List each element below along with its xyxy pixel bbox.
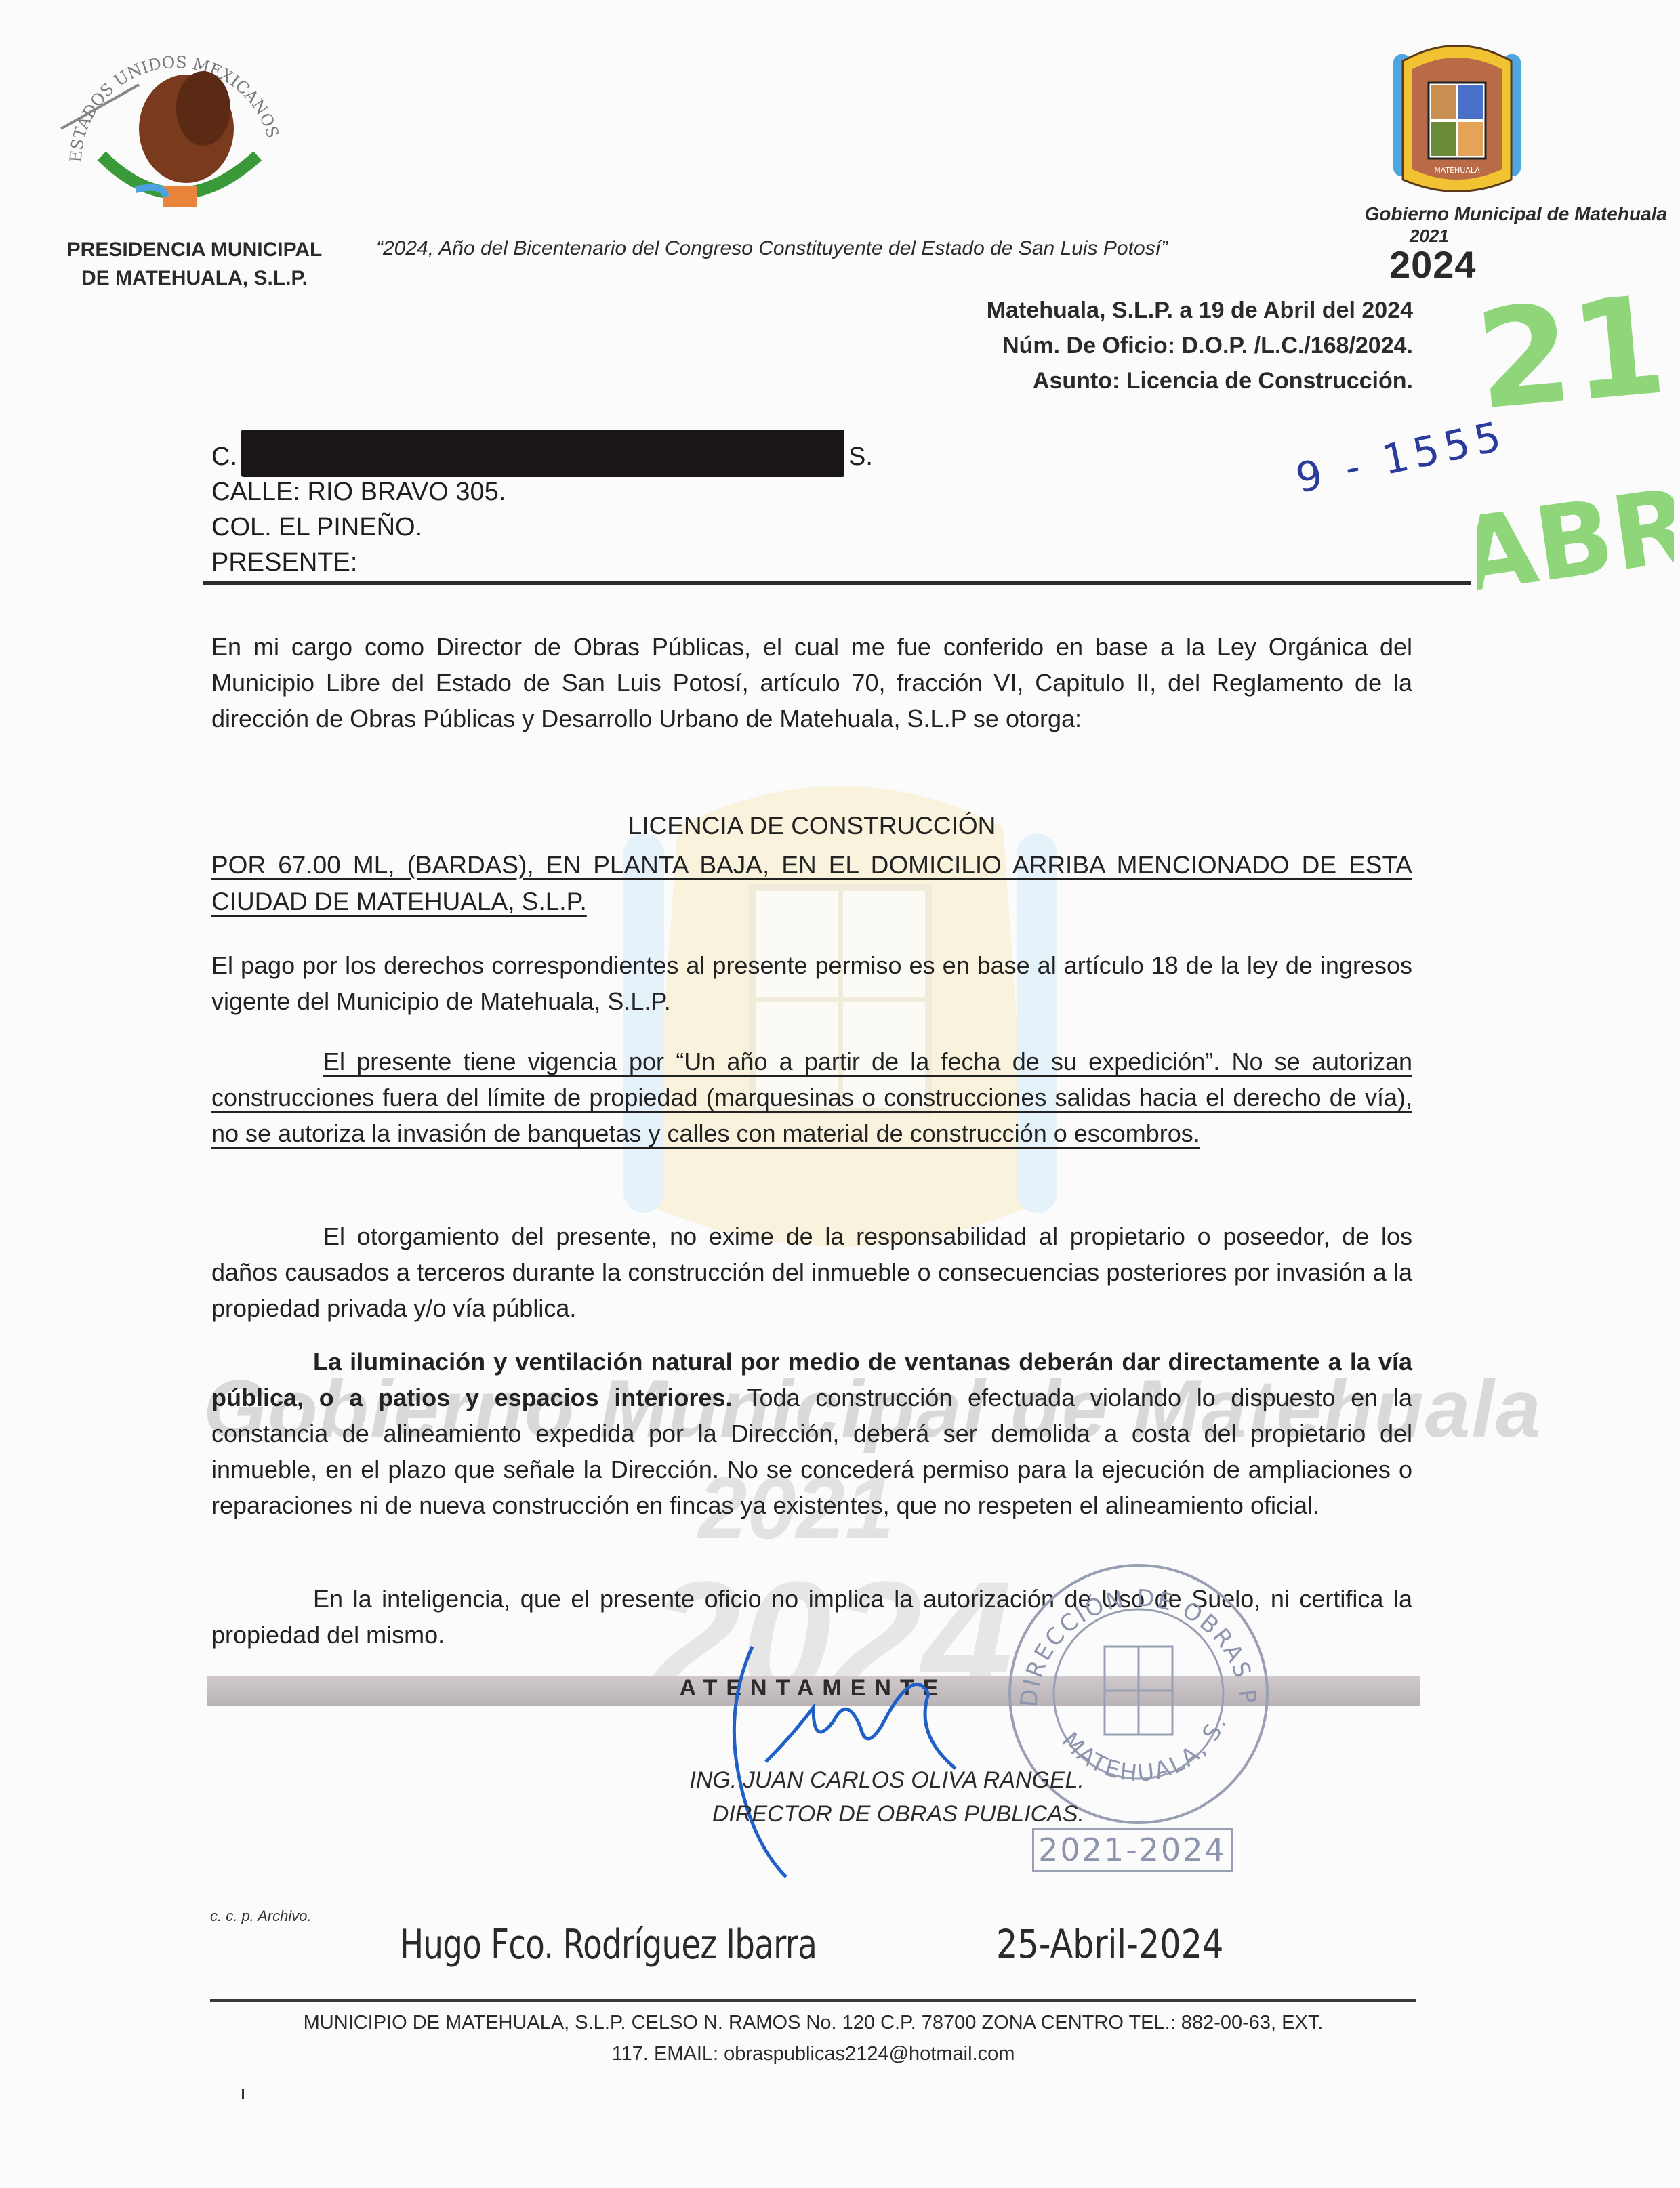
period-end-year: 2024 bbox=[1389, 243, 1477, 287]
municipal-shield-icon: MATEHUALA bbox=[1389, 34, 1525, 197]
handwritten-received-date: 25-Abril-2024 bbox=[996, 1921, 1223, 1967]
subject: Asunto: Licencia de Construcción. bbox=[745, 363, 1413, 398]
scan-mark bbox=[242, 2089, 244, 2099]
presidencia-line-2: DE MATEHUALA, S.L.P. bbox=[42, 264, 347, 293]
handwritten-receiver-name: Hugo Fco. Rodríguez Ibarra bbox=[400, 1921, 817, 1968]
recipient-name-row: C.S. bbox=[211, 439, 873, 474]
year-slogan: “2024, Año del Bicentenario del Congreso… bbox=[376, 237, 1168, 260]
license-title: LICENCIA DE CONSTRUCCIÓN bbox=[211, 812, 1412, 840]
svg-text:21: 21 bbox=[1477, 285, 1672, 440]
place-date: Matehuala, S.L.P. a 19 de Abril del 2024 bbox=[745, 293, 1413, 328]
svg-text:ABR: ABR bbox=[1477, 467, 1674, 616]
footer-email: 117. EMAIL: obraspublicas2124@hotmail.co… bbox=[210, 2038, 1416, 2069]
recipient-presente: PRESENTE: bbox=[211, 545, 873, 580]
copy-to: c. c. p. Archivo. bbox=[210, 1907, 312, 1925]
seal-years-box: 2021-2024 bbox=[1032, 1828, 1233, 1872]
presidencia-line-1: PRESIDENCIA MUNICIPAL bbox=[42, 236, 347, 264]
gobierno-municipal-label: Gobierno Municipal de Matehuala bbox=[1261, 203, 1667, 225]
footer-divider bbox=[210, 1999, 1416, 2002]
redacted-name-bar bbox=[241, 430, 844, 477]
recipient-prefix: C. bbox=[211, 442, 237, 471]
paragraph-authority: En mi cargo como Director de Obras Públi… bbox=[211, 629, 1412, 737]
mexican-coat-of-arms-icon: ESTADOS UNIDOS MEXICANOS bbox=[54, 27, 298, 230]
oficio-number: Núm. De Oficio: D.O.P. /L.C./168/2024. bbox=[745, 328, 1413, 363]
issuing-office: PRESIDENCIA MUNICIPAL DE MATEHUALA, S.L.… bbox=[42, 236, 347, 293]
license-description: POR 67.00 ML, (BARDAS), EN PLANTA BAJA, … bbox=[211, 847, 1412, 920]
signature-icon bbox=[712, 1640, 996, 1884]
footer-address: MUNICIPIO DE MATEHUALA, S.L.P. CELSO N. … bbox=[210, 2007, 1416, 2038]
recipient-street: CALLE: RIO BRAVO 305. bbox=[211, 474, 873, 510]
footer-contact: MUNICIPIO DE MATEHUALA, S.L.P. CELSO N. … bbox=[210, 2007, 1416, 2069]
recipient-colonia: COL. EL PINEÑO. bbox=[211, 510, 873, 545]
header-divider bbox=[203, 581, 1471, 585]
signer-name: ING. JUAN CARLOS OLIVA RANGEL. bbox=[474, 1763, 1084, 1797]
recipient-name-suffix: S. bbox=[848, 442, 873, 471]
svg-text:MATEHUALA: MATEHUALA bbox=[1434, 166, 1480, 175]
signer-title: DIRECTOR DE OBRAS PUBLICAS. bbox=[474, 1797, 1084, 1831]
recipient-block: C.S. CALLE: RIO BRAVO 305. COL. EL PINEÑ… bbox=[211, 439, 873, 580]
signer-block: ING. JUAN CARLOS OLIVA RANGEL. DIRECTOR … bbox=[474, 1763, 1084, 1831]
document-meta: Matehuala, S.L.P. a 19 de Abril del 2024… bbox=[745, 293, 1413, 398]
paragraph-validity: El presente tiene vigencia por “Un año a… bbox=[211, 1044, 1412, 1151]
paragraph-payment: El pago por los derechos correspondiente… bbox=[211, 947, 1412, 1019]
paragraph-lighting: La iluminación y ventilación natural por… bbox=[211, 1344, 1412, 1523]
paragraph-liability: El otorgamiento del presente, no exime d… bbox=[211, 1218, 1412, 1326]
svg-text:DIRECCIÓN DE OBRAS PÚBLICAS: DIRECCIÓN DE OBRAS PÚBLICAS bbox=[996, 1552, 1261, 1708]
